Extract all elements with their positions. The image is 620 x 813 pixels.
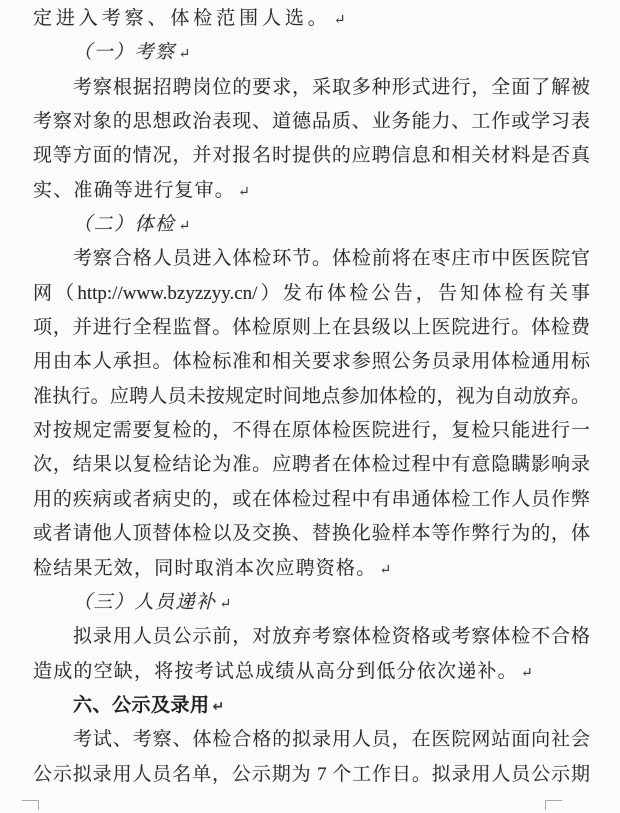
text-line-content: 现等方面的情况，并对报名时提供的应聘信息和相关材料是否真	[33, 145, 590, 166]
text-line: 考试、考察、体检合格的拟录用人员，在医院网站面向社会	[33, 723, 590, 757]
page-corner-mark-left-icon	[22, 800, 39, 810]
paragraph-return-icon: ↵	[238, 176, 250, 210]
text-line: 用由本人承担。体检标准和相关要求参照公务员录用体检通用标	[33, 345, 590, 379]
text-line-content: 考察对象的思想政治表现、道德品质、业务能力、工作或学习表	[33, 111, 590, 132]
paragraph-return-icon: ↵	[179, 38, 191, 72]
text-line: 考察合格人员进入体检环节。体检前将在枣庄市中医医院官	[33, 242, 590, 276]
text-line-content: 或者请他人顶替体检以及交换、替换化验样本等作弊行为的，体	[33, 523, 590, 544]
text-line: （一）考察↵	[33, 36, 590, 70]
text-line-content: 考察根据招聘岗位的要求，采取多种形式进行，全面了解被	[73, 77, 590, 98]
text-line: 六、公示及录用↵	[33, 689, 590, 723]
text-line-content: （二）体检	[73, 214, 176, 235]
paragraph-return-icon: ↵	[379, 554, 391, 588]
text-line-content: 考察合格人员进入体检环节。体检前将在枣庄市中医医院官	[73, 248, 590, 269]
text-line-content: （一）考察	[73, 42, 176, 63]
page-corner-mark-right-icon	[545, 800, 562, 810]
text-lines: 定进入考察、体检范围人选。↵（一）考察↵考察根据招聘岗位的要求，采取多种形式进行…	[33, 2, 590, 792]
text-line: 对按规定需要复检的，不得在原体检医院进行，复检只能进行一	[33, 414, 590, 448]
text-line-content: 六、公示及录用	[73, 695, 210, 716]
text-line-content: 考试、考察、体检合格的拟录用人员，在医院网站面向社会	[73, 729, 590, 750]
text-line-content: 定进入考察、体检范围人选。	[33, 8, 331, 29]
text-line: 准执行。应聘人员未按规定时间地点参加体检的，视为自动放弃。	[33, 380, 590, 414]
text-line-content: 公示拟录用人员名单，公示期为 7 个工作日。拟录用人员公示期	[33, 764, 590, 785]
text-line-content: 用的疾病或者病史的，或在体检过程中有串通体检工作人员作弊	[33, 489, 590, 510]
text-line: （二）体检↵	[33, 208, 590, 242]
paragraph-return-icon: ↵	[213, 689, 225, 723]
text-line: 网（http://www.bzyzzyy.cn/）发布体检公告，告知体检有关事	[33, 277, 590, 311]
text-line: 造成的空缺，将按考试总成绩从高分到低分依次递补。↵	[33, 655, 590, 689]
paragraph-return-icon: ↵	[179, 210, 191, 244]
text-line: 拟录用人员公示前，对放弃考察体检资格或考察体检不合格	[33, 620, 590, 654]
text-line: 项，并进行全程监督。体检原则上在县级以上医院进行。体检费	[33, 311, 590, 345]
text-line-content: 拟录用人员公示前，对放弃考察体检资格或考察体检不合格	[73, 626, 590, 647]
text-line: 定进入考察、体检范围人选。↵	[33, 2, 590, 36]
text-line: 或者请他人顶替体检以及交换、替换化验样本等作弊行为的，体	[33, 517, 590, 551]
text-line-content: 造成的空缺，将按考试总成绩从高分到低分依次递补。	[33, 661, 518, 682]
text-line-content: 准执行。应聘人员未按规定时间地点参加体检的，视为自动放弃。	[33, 386, 590, 407]
text-line: 公示拟录用人员名单，公示期为 7 个工作日。拟录用人员公示期	[33, 758, 590, 792]
text-line-content: 网（http://www.bzyzzyy.cn/）发布体检公告，告知体检有关事	[33, 283, 590, 304]
paragraph-return-icon: ↵	[220, 588, 232, 622]
text-line: 实、准确等进行复审。↵	[33, 174, 590, 208]
text-line: 考察对象的思想政治表现、道德品质、业务能力、工作或学习表	[33, 105, 590, 139]
text-line-content: 对按规定需要复检的，不得在原体检医院进行，复检只能进行一	[33, 420, 590, 441]
text-line: 次，结果以复检结论为准。应聘者在体检过程中有意隐瞒影响录	[33, 448, 590, 482]
paragraph-return-icon: ↵	[521, 657, 533, 691]
text-line-content: 实、准确等进行复审。	[33, 180, 235, 201]
text-line-content: 检结果无效，同时取消本次应聘资格。	[33, 558, 376, 579]
text-line-content: （三）人员递补	[73, 592, 217, 613]
text-line: 检结果无效，同时取消本次应聘资格。↵	[33, 552, 590, 586]
text-line: 用的疾病或者病史的，或在体检过程中有串通体检工作人员作弊	[33, 483, 590, 517]
text-line-content: 用由本人承担。体检标准和相关要求参照公务员录用体检通用标	[33, 351, 590, 372]
paragraph-return-icon: ↵	[334, 4, 346, 38]
text-line-content: 次，结果以复检结论为准。应聘者在体检过程中有意隐瞒影响录	[33, 454, 590, 475]
text-line: 考察根据招聘岗位的要求，采取多种形式进行，全面了解被	[33, 71, 590, 105]
text-line: 现等方面的情况，并对报名时提供的应聘信息和相关材料是否真	[33, 139, 590, 173]
document-page: 定进入考察、体检范围人选。↵（一）考察↵考察根据招聘岗位的要求，采取多种形式进行…	[0, 0, 620, 813]
text-line: （三）人员递补↵	[33, 586, 590, 620]
text-line-content: 项，并进行全程监督。体检原则上在县级以上医院进行。体检费	[33, 317, 590, 338]
